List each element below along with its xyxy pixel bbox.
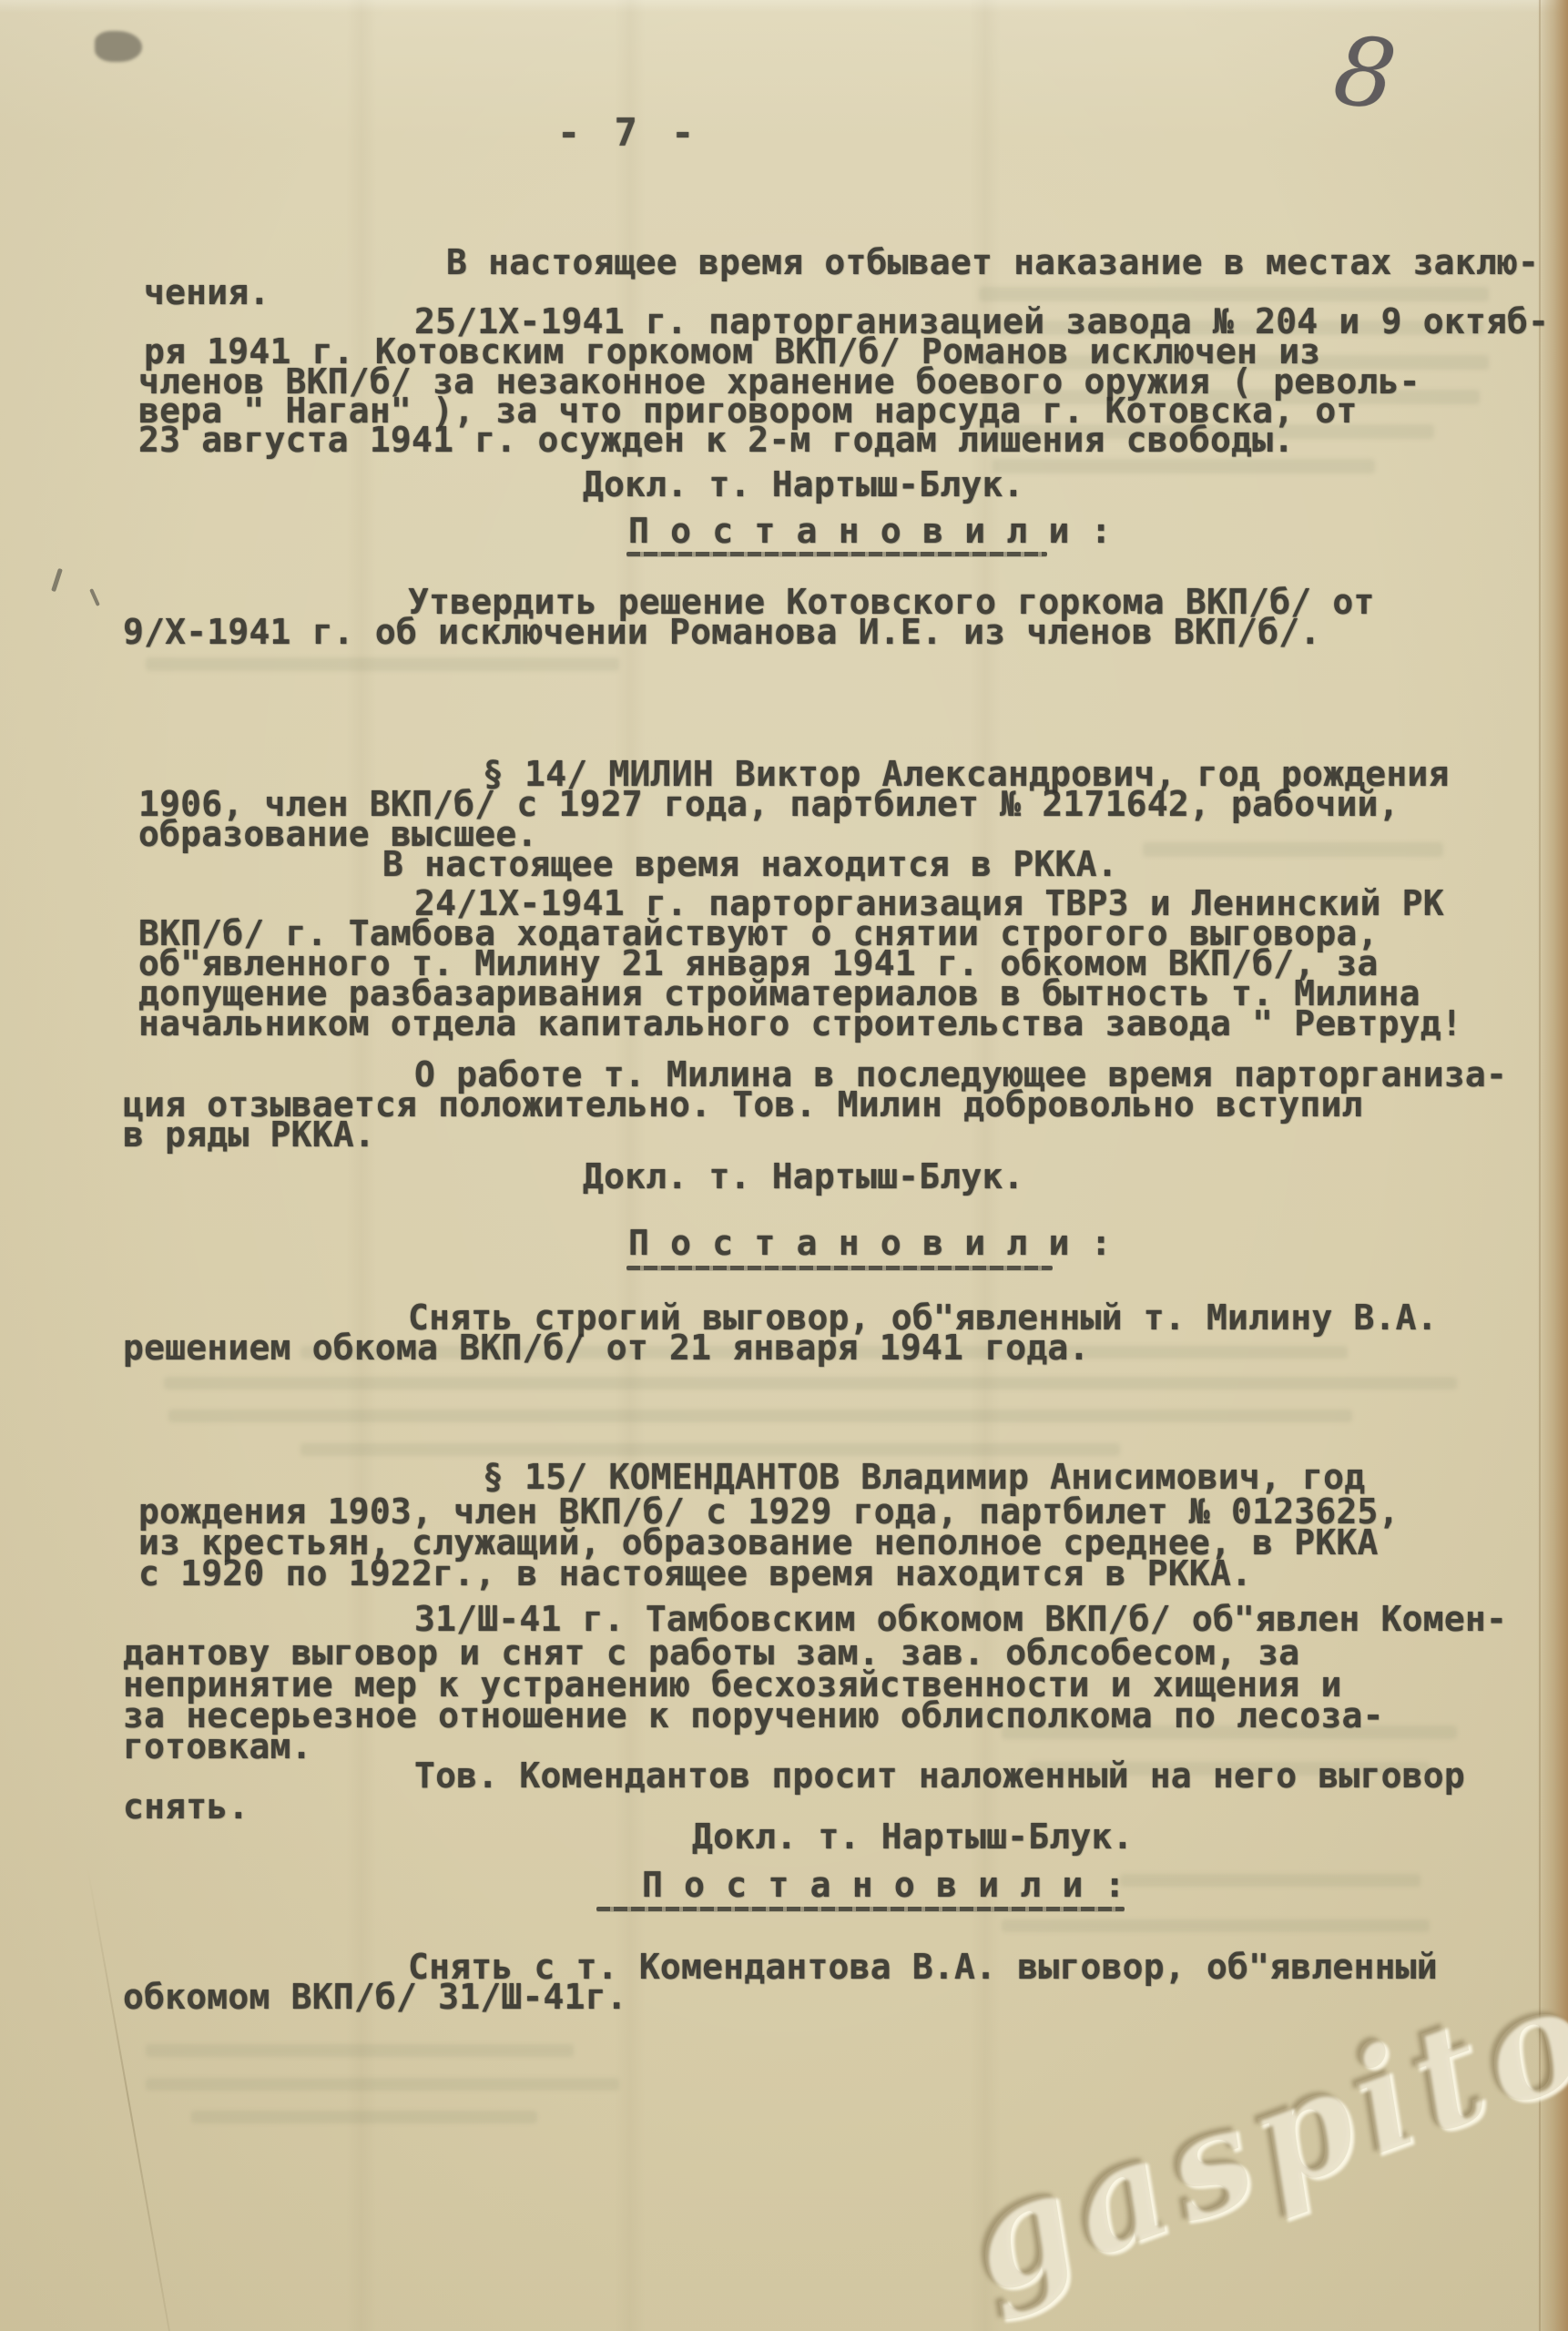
speaker-line: Докл. т. Нартыш-Блук. [583, 466, 1024, 503]
bleedthrough-artifact [168, 1410, 1352, 1422]
heading-underline [626, 1266, 1053, 1270]
pen-mark [89, 588, 100, 606]
paper-crease [87, 1867, 170, 2331]
typed-line: В настоящее время отбывает наказание в м… [446, 244, 1539, 280]
heading-underline [596, 1907, 1125, 1911]
handwritten-number: 8 [1329, 22, 1400, 123]
typed-line: за несерьезное отношение к поручению обл… [123, 1697, 1384, 1734]
typed-line: снять. [123, 1788, 249, 1825]
typed-line: 23 августа 1941 г. осужден к 2-м годам л… [138, 422, 1294, 458]
scan-light-artifact [0, 0, 1568, 13]
typed-line: обкомом ВКП/б/ 31/Ш-41г. [123, 1979, 627, 2015]
bleedthrough-artifact [979, 287, 1489, 301]
ink-smudge [95, 31, 142, 62]
bleedthrough-artifact [1143, 842, 1443, 857]
resolved-heading: П о с т а н о в и л и : [642, 1867, 1125, 1903]
typed-line: решением обкома ВКП/б/ от 21 января 1941… [123, 1329, 1090, 1366]
typed-line: 31/Ш-41 г. Тамбовским обкомом ВКП/б/ об"… [414, 1601, 1507, 1637]
resolved-heading: П о с т а н о в и л и : [628, 1225, 1112, 1261]
typed-line: готовкам. [123, 1728, 312, 1765]
typed-line: чения. [144, 274, 270, 310]
scanned-document-page: - 7 - 8 В настоящее время отбывает наказ… [0, 0, 1568, 2331]
heading-underline [626, 552, 1047, 556]
bleedthrough-artifact [191, 2111, 537, 2123]
paragraph-heading: § 15/ КОМЕНДАНТОВ Владимир Анисимович, г… [483, 1459, 1365, 1495]
typed-line: в ряды РККА. [123, 1116, 375, 1153]
bleedthrough-artifact [1120, 1874, 1420, 1887]
typed-line: Тов. Комендантов просит наложенный на не… [414, 1757, 1465, 1794]
typed-line: с 1920 по 1922г., в настоящее время нахо… [138, 1555, 1252, 1592]
typed-line: 9/Х-1941 г. об исключении Романова И.Е. … [123, 614, 1320, 650]
bleedthrough-artifact [993, 459, 1375, 473]
bleedthrough-artifact [146, 2078, 619, 2091]
bleedthrough-artifact [146, 657, 619, 671]
pen-mark [51, 568, 63, 592]
bleedthrough-artifact [164, 1377, 1457, 1389]
watermark-text: gaspito.ru [948, 1872, 1568, 2317]
typed-line: В настоящее время находится в РККА. [382, 846, 1118, 882]
page-number: - 7 - [557, 113, 699, 153]
speaker-line: Докл. т. Нартыш-Блук. [692, 1818, 1134, 1855]
speaker-line: Докл. т. Нартыш-Блук. [583, 1158, 1024, 1195]
resolved-heading: П о с т а н о в и л и : [628, 513, 1112, 549]
bleedthrough-artifact [1002, 1919, 1430, 1932]
bleedthrough-artifact [146, 2044, 574, 2057]
typed-line: начальником отдела капитального строител… [138, 1005, 1462, 1042]
bleedthrough-artifact [300, 1443, 1120, 1456]
